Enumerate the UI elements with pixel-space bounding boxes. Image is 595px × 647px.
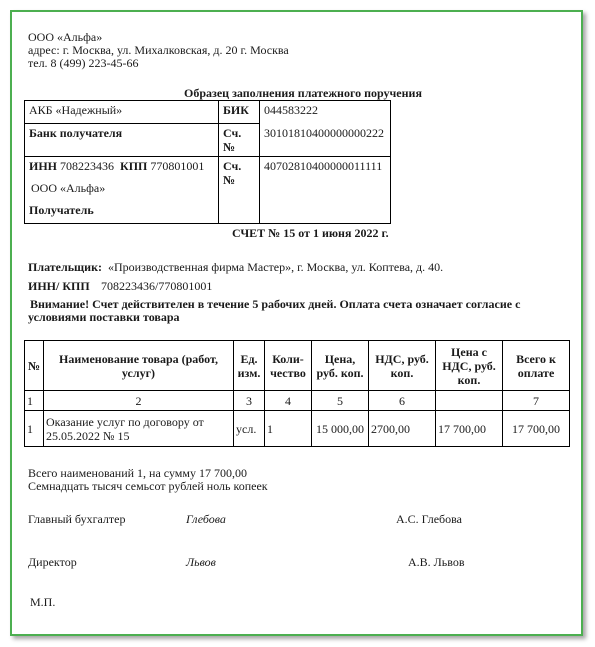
bik-value: 044583222 [260,101,391,124]
chief-accountant-role: Главный бухгалтер [28,512,125,526]
director-name: А.В. Львов [408,555,465,569]
item-unit: усл. [234,411,265,447]
col-number: 1 [25,391,44,411]
bik-label: БИК [219,101,260,124]
col-number: 4 [265,391,312,411]
items-table: № Наименование товара (работ, услуг) Ед.… [24,340,570,447]
inn-value: 708223436 [60,159,114,173]
header-number: № [25,341,44,391]
header-name: Наименование товара (работ, услуг) [44,341,234,391]
header-unit: Ед. изм. [234,341,265,391]
inn-label: ИНН [29,159,57,173]
bank-details-table: АКБ «Надежный» БИК 044583222 Банк получа… [24,100,391,224]
payer-label: Плательщик: [28,260,102,274]
stamp-label: М.П. [30,595,55,609]
bank-label: Банк получателя [25,124,219,157]
payer-inn-kpp-line: ИНН/ КПП 708223436/770801001 [28,279,212,293]
col-number: 2 [44,391,234,411]
col-number: 7 [503,391,570,411]
corr-account-label: Сч. № [219,124,260,157]
supplier-phone: тел. 8 (499) 223-45-66 [28,56,139,70]
numbering-row: 1 2 3 4 5 6 7 [25,391,570,411]
supplier-address: адрес: г. Москва, ул. Михалковская, д. 2… [28,43,289,57]
header-total: Всего к оплате [503,341,570,391]
invoice-title: СЧЕТ № 15 от 1 июня 2022 г. [232,226,389,240]
item-vat: 2700,00 [369,411,436,447]
kpp-label: КПП [120,159,147,173]
item-name: Оказание услуг по договору от 25.05.2022… [44,411,234,447]
payer-line: Плательщик: «Производственная фирма Маст… [28,260,443,274]
payer-inn-kpp-value: 708223436/770801001 [101,279,212,293]
recipient-label: Получатель [25,201,219,224]
totals-line1: Всего наименований 1, на сумму 17 700,00 [28,466,247,480]
notice-line2: условиями поставки товара [28,310,180,324]
bank-name: АКБ «Надежный» [25,101,219,124]
header-quantity: Коли- чество [265,341,312,391]
header-price: Цена, руб. коп. [312,341,369,391]
account-value: 40702810400000011111 [260,157,391,224]
account-label: Сч. № [219,157,260,224]
chief-accountant-name: А.С. Глебова [396,512,462,526]
item-price: 15 000,00 [312,411,369,447]
supplier-name: ООО «Альфа» [28,30,102,44]
chief-accountant-signature: Глебова [186,512,226,526]
payment-sample-title: Образец заполнения платежного поручения [184,86,422,100]
item-price-with-vat: 17 700,00 [436,411,503,447]
recipient-name: ООО «Альфа» [25,179,219,201]
payer-inn-kpp-label: ИНН/ КПП [28,279,98,293]
col-number: 5 [312,391,369,411]
director-role: Директор [28,555,77,569]
payer-value: «Производственная фирма Мастер», г. Моск… [108,260,443,274]
item-quantity: 1 [265,411,312,447]
inn-kpp-cell: ИНН 708223436 КПП 770801001 [25,157,219,180]
invoice-document: ООО «Альфа» адрес: г. Москва, ул. Михалк… [10,10,583,636]
header-vat: НДС, руб. коп. [369,341,436,391]
item-number: 1 [25,411,44,447]
col-number: 3 [234,391,265,411]
notice-line1: Внимание! Счет действителен в течение 5 … [30,297,520,311]
director-signature: Львов [186,555,216,569]
header-price-with-vat: Цена с НДС, руб. коп. [436,341,503,391]
totals-line2: Семнадцать тысяч семьсот рублей ноль коп… [28,479,268,493]
item-total: 17 700,00 [503,411,570,447]
corr-account-value: 30101810400000000222 [260,124,391,157]
col-number [436,391,503,411]
col-number: 6 [369,391,436,411]
kpp-value: 770801001 [150,159,204,173]
table-row: 1 Оказание услуг по договору от 25.05.20… [25,411,570,447]
